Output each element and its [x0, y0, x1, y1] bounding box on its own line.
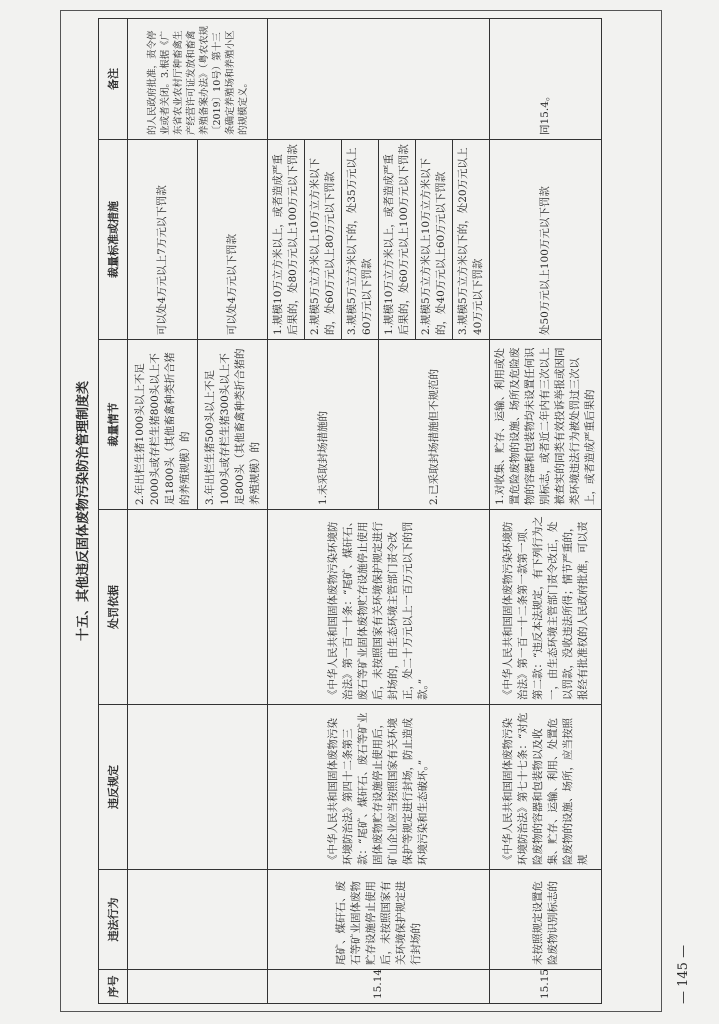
act-cell: 尾矿、煤矸石、废石等矿业固体废物贮存设施停止使用后，未按照国家有关环境保护规定进…	[268, 870, 490, 970]
table-row: 15.14 尾矿、煤矸石、废石等矿业固体废物贮存设施停止使用后，未按照国家有关环…	[268, 18, 305, 1003]
standard-cell: 2.规模5万立方米以上10万立方米以下的，处40万元以上60万元以下罚款	[416, 140, 453, 340]
remark-cell	[268, 18, 490, 139]
page-number: — 145 —	[676, 945, 691, 1004]
circumstance-cell: 2.年出栏生猪1000头以上不足2000头或存栏生猪800头以上不足1800头（…	[128, 340, 198, 510]
header-standard: 裁量标准或措施	[99, 140, 128, 340]
standard-cell: 3.规模5万立方米以下的，处20万元以上40万元以下罚款	[453, 140, 490, 340]
circumstance-cell: 3.年出栏生猪500头以上不足1000头或存栏生猪300头以上不足800头（其他…	[198, 340, 268, 510]
standard-cell: 处50万元以上100万元以下罚款	[490, 140, 602, 340]
act-cell: 未按照规定设置危险废物识别标志的	[490, 870, 602, 970]
standard-cell: 1.规模10万立方米以上，或者造成严重后果的，处60万元以上100万元以下罚款	[379, 140, 416, 340]
standard-cell: 3.规模5万立方米以下的，处35万元以上60万元以下罚款	[342, 140, 379, 340]
header-circumstance: 裁量情节	[99, 340, 128, 510]
header-rule: 违反规定	[99, 705, 128, 870]
circumstance-cell: 1.未采取封场措施的	[268, 340, 379, 510]
seq-cell: 15.14	[268, 970, 490, 1004]
header-remark: 备注	[99, 18, 128, 139]
circumstance-cell: 1.对收集、贮存、运输、利用或处置危险废物的设施、场所及危险废物的容器和包装物均…	[490, 340, 602, 510]
circumstance-cell: 2.已采取封场措施但不规范的	[379, 340, 490, 510]
standard-cell: 可以处4万元以下罚款	[198, 140, 268, 340]
header-seq: 序号	[99, 970, 128, 1004]
header-row: 序号 违法行为 违反规定 处罚依据 裁量情节 裁量标准或措施 备注	[99, 18, 128, 1003]
rotated-page: — 145 — 十五、其他违反固体废物污染防治管理制度类 序号 违法行为 违反规…	[0, 0, 719, 1024]
table-row: 2.年出栏生猪1000头以上不足2000头或存栏生猪800头以上不足1800头（…	[128, 18, 198, 1003]
basis-cell: 《中华人民共和国固体废物污染环境防治法》第一百一十二条第一款第一项、第二款：“违…	[490, 510, 602, 705]
remark-cell: 的人民政府批准，责令停业或者关闭。3.根据《广东省农业农村厅种畜禽生产经营许可证…	[128, 18, 268, 139]
header-basis: 处罚依据	[99, 510, 128, 705]
basis-cell: 《中华人民共和国固体废物污染环境防治法》第一百一十条：“尾矿、煤矸石、废石等矿业…	[268, 510, 490, 705]
table-row: 15.15 未按照规定设置危险废物识别标志的 《中华人民共和国固体废物污染环境防…	[490, 18, 602, 1003]
remark-cell: 同15.4。	[490, 18, 602, 139]
seq-cell: 15.15	[490, 970, 602, 1004]
section-title: 十五、其他违反固体废物污染防治管理制度类	[68, 18, 99, 1003]
rule-cell: 《中华人民共和国固体废物污染环境防治法》第四十二条第三款：“尾矿、煤矸石、废石等…	[268, 705, 490, 870]
standard-cell: 1.规模10万立方米以上，或者造成严重后果的，处80万元以上100万元以下罚款	[268, 140, 305, 340]
penalty-table-main: 十五、其他违反固体废物污染防治管理制度类 序号 违法行为 违反规定 处罚依据 裁…	[68, 18, 602, 1004]
rule-cell: 《中华人民共和国固体废物污染环境防治法》第七十七条：“对危险废物的容器和包装物以…	[490, 705, 602, 870]
header-act: 违法行为	[99, 870, 128, 970]
standard-cell: 2.规模5万立方米以上10万立方米以下的，处60万元以上80万元以下罚款	[305, 140, 342, 340]
standard-cell: 可以处4万元以上7万元以下罚款	[128, 140, 198, 340]
